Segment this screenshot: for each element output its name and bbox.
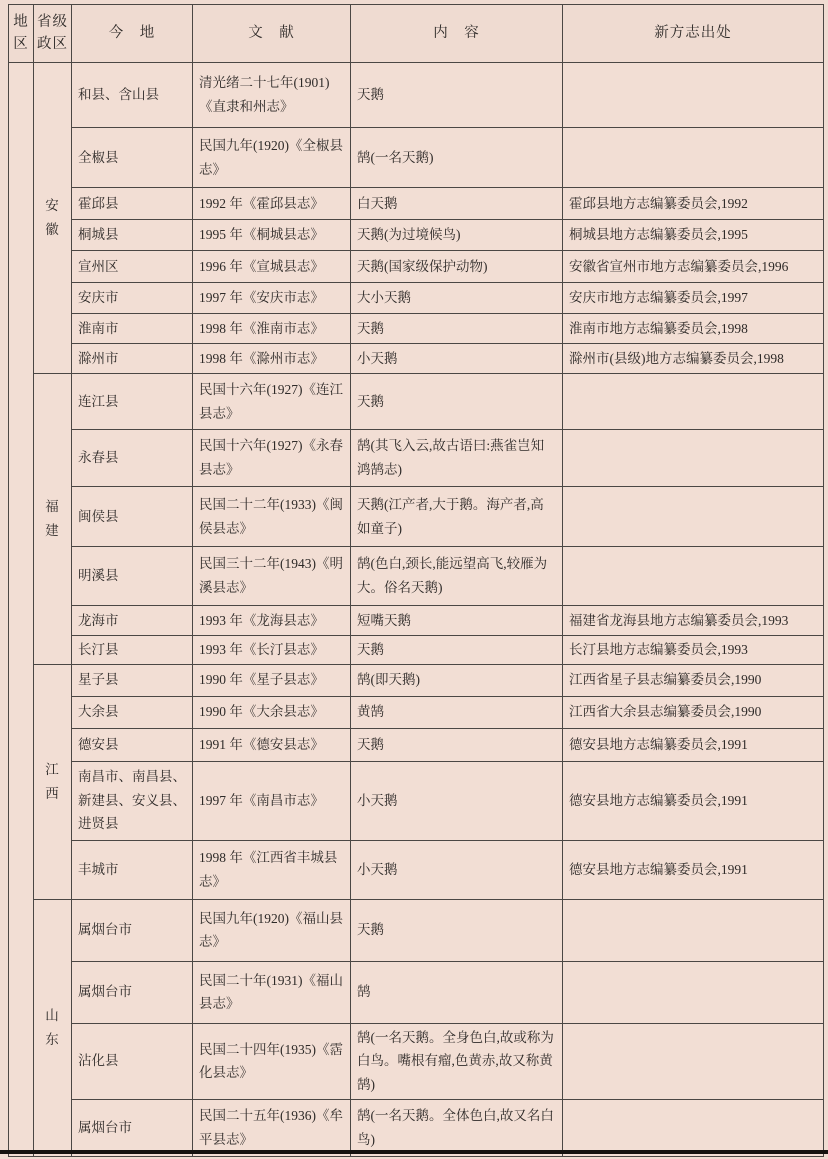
cell-gazetteer [563, 63, 824, 128]
table-row: 全椒县 民国九年(1920)《全椒县志》 鹄(一名天鹅) [9, 128, 824, 188]
cell-gazetteer [563, 961, 824, 1023]
cell-source: 民国二十年(1931)《福山县志》 [193, 961, 351, 1023]
table-row: 闽侯县 民国二十二年(1933)《闽侯县志》 天鹅(江产者,大于鹅。海产者,高如… [9, 487, 824, 547]
table-row: 大余县 1990 年《大余县志》 黄鹄 江西省大余县志编纂委员会,1990 [9, 696, 824, 728]
cell-content: 天鹅 [351, 63, 563, 128]
table-row: 属烟台市 民国二十年(1931)《福山县志》 鹄 [9, 961, 824, 1023]
cell-place: 沾化县 [72, 1023, 193, 1099]
cell-gazetteer: 江西省大余县志编纂委员会,1990 [563, 696, 824, 728]
cell-place: 闽侯县 [72, 487, 193, 547]
col-header-region: 地 区 [9, 5, 34, 63]
col-header-content: 内 容 [351, 5, 563, 63]
cell-content: 天鹅 [351, 728, 563, 761]
table-row: 霍邱县 1992 年《霍邱县志》 白天鹅 霍邱县地方志编纂委员会,1992 [9, 188, 824, 220]
cell-content: 小天鹅 [351, 344, 563, 374]
cell-content: 短嘴天鹅 [351, 606, 563, 636]
cell-source: 1990 年《大余县志》 [193, 696, 351, 728]
table-row: 滁州市 1998 年《滁州市志》 小天鹅 滁州市(县级)地方志编纂委员会,199… [9, 344, 824, 374]
cell-content: 天鹅 [351, 899, 563, 961]
cell-gazetteer: 江西省星子县志编纂委员会,1990 [563, 664, 824, 696]
header-row: 地 区 省级 政区 今 地 文 献 内 容 新方志出处 [9, 5, 824, 63]
gazetteer-table: 地 区 省级 政区 今 地 文 献 内 容 新方志出处 安徽 和县、含山县 清光… [8, 4, 824, 1157]
cell-gazetteer: 德安县地方志编纂委员会,1991 [563, 761, 824, 840]
cell-place: 南昌市、南昌县、新建县、安义县、进贤县 [72, 761, 193, 840]
cell-gazetteer: 桐城县地方志编纂委员会,1995 [563, 220, 824, 251]
cell-content: 鹄(色白,颈长,能远望高飞,较雁为大。俗名天鹅) [351, 547, 563, 606]
table-row: 桐城县 1995 年《桐城县志》 天鹅(为过境候鸟) 桐城县地方志编纂委员会,1… [9, 220, 824, 251]
cell-place: 丰城市 [72, 840, 193, 899]
cell-place: 宣州区 [72, 251, 193, 283]
table-row: 德安县 1991 年《德安县志》 天鹅 德安县地方志编纂委员会,1991 [9, 728, 824, 761]
cell-place: 星子县 [72, 664, 193, 696]
page-bottom-rule [0, 1150, 828, 1154]
cell-source: 1998 年《淮南市志》 [193, 314, 351, 344]
table-row: 沾化县 民国二十四年(1935)《霑化县志》 鹄(一名天鹅。全身色白,故或称为白… [9, 1023, 824, 1099]
cell-gazetteer: 安庆市地方志编纂委员会,1997 [563, 283, 824, 314]
scanned-page: 地 区 省级 政区 今 地 文 献 内 容 新方志出处 安徽 和县、含山县 清光… [0, 0, 828, 1159]
cell-content: 白天鹅 [351, 188, 563, 220]
cell-source: 民国九年(1920)《全椒县志》 [193, 128, 351, 188]
table-row: 安庆市 1997 年《安庆市志》 大小天鹅 安庆市地方志编纂委员会,1997 [9, 283, 824, 314]
cell-content: 鹄(一名天鹅。全体色白,故又名白鸟) [351, 1099, 563, 1156]
cell-content: 小天鹅 [351, 840, 563, 899]
province-label-fujian: 福建 [34, 374, 72, 665]
table-row: 福建 连江县 民国十六年(1927)《连江县志》 天鹅 [9, 374, 824, 430]
cell-source: 1993 年《长汀县志》 [193, 636, 351, 665]
cell-place: 属烟台市 [72, 1099, 193, 1156]
cell-source: 1996 年《宣城县志》 [193, 251, 351, 283]
table-row: 山东 属烟台市 民国九年(1920)《福山县志》 天鹅 [9, 899, 824, 961]
cell-gazetteer [563, 430, 824, 487]
cell-gazetteer [563, 899, 824, 961]
cell-content: 天鹅 [351, 374, 563, 430]
col-header-source: 文 献 [193, 5, 351, 63]
cell-gazetteer [563, 1099, 824, 1156]
cell-source: 民国十六年(1927)《连江县志》 [193, 374, 351, 430]
cell-content: 天鹅(为过境候鸟) [351, 220, 563, 251]
cell-gazetteer [563, 1023, 824, 1099]
table-row: 永春县 民国十六年(1927)《永春县志》 鹄(其飞入云,故古语曰:燕雀岂知鸿鹄… [9, 430, 824, 487]
cell-source: 1991 年《德安县志》 [193, 728, 351, 761]
cell-source: 1992 年《霍邱县志》 [193, 188, 351, 220]
cell-content: 鹄(一名天鹅。全身色白,故或称为白鸟。嘴根有瘤,色黄赤,故又称黄鹄) [351, 1023, 563, 1099]
cell-source: 民国三十二年(1943)《明溪县志》 [193, 547, 351, 606]
table-row: 淮南市 1998 年《淮南市志》 天鹅 淮南市地方志编纂委员会,1998 [9, 314, 824, 344]
province-label-jiangxi: 江西 [34, 664, 72, 899]
cell-gazetteer [563, 547, 824, 606]
cell-source: 民国二十四年(1935)《霑化县志》 [193, 1023, 351, 1099]
cell-source: 清光绪二十七年(1901)《直隶和州志》 [193, 63, 351, 128]
cell-place: 德安县 [72, 728, 193, 761]
cell-source: 1995 年《桐城县志》 [193, 220, 351, 251]
table-row: 明溪县 民国三十二年(1943)《明溪县志》 鹄(色白,颈长,能远望高飞,较雁为… [9, 547, 824, 606]
cell-place: 滁州市 [72, 344, 193, 374]
cell-source: 民国九年(1920)《福山县志》 [193, 899, 351, 961]
cell-content: 鹄(一名天鹅) [351, 128, 563, 188]
cell-content: 大小天鹅 [351, 283, 563, 314]
cell-place: 龙海市 [72, 606, 193, 636]
region-cell [9, 63, 34, 1157]
cell-gazetteer: 长汀县地方志编纂委员会,1993 [563, 636, 824, 665]
cell-place: 淮南市 [72, 314, 193, 344]
cell-gazetteer: 滁州市(县级)地方志编纂委员会,1998 [563, 344, 824, 374]
cell-source: 民国二十二年(1933)《闽侯县志》 [193, 487, 351, 547]
cell-place: 全椒县 [72, 128, 193, 188]
table-row: 江西 星子县 1990 年《星子县志》 鹄(即天鹅) 江西省星子县志编纂委员会,… [9, 664, 824, 696]
cell-gazetteer [563, 487, 824, 547]
cell-place: 安庆市 [72, 283, 193, 314]
cell-place: 属烟台市 [72, 899, 193, 961]
cell-place: 明溪县 [72, 547, 193, 606]
province-label-shandong: 山东 [34, 899, 72, 1156]
province-label-anhui: 安徽 [34, 63, 72, 374]
cell-content: 鹄(其飞入云,故古语曰:燕雀岂知鸿鹄志) [351, 430, 563, 487]
cell-gazetteer: 霍邱县地方志编纂委员会,1992 [563, 188, 824, 220]
cell-source: 1997 年《安庆市志》 [193, 283, 351, 314]
table-row: 丰城市 1998 年《江西省丰城县志》 小天鹅 德安县地方志编纂委员会,1991 [9, 840, 824, 899]
cell-place: 和县、含山县 [72, 63, 193, 128]
cell-source: 1997 年《南昌市志》 [193, 761, 351, 840]
cell-content: 鹄 [351, 961, 563, 1023]
cell-content: 小天鹅 [351, 761, 563, 840]
cell-gazetteer: 安徽省宣州市地方志编纂委员会,1996 [563, 251, 824, 283]
table-row: 宣州区 1996 年《宣城县志》 天鹅(国家级保护动物) 安徽省宣州市地方志编纂… [9, 251, 824, 283]
cell-source: 民国二十五年(1936)《牟平县志》 [193, 1099, 351, 1156]
cell-place: 属烟台市 [72, 961, 193, 1023]
cell-content: 鹄(即天鹅) [351, 664, 563, 696]
col-header-place: 今 地 [72, 5, 193, 63]
cell-source: 1998 年《滁州市志》 [193, 344, 351, 374]
cell-gazetteer: 福建省龙海县地方志编纂委员会,1993 [563, 606, 824, 636]
col-header-gazetteer: 新方志出处 [563, 5, 824, 63]
cell-place: 桐城县 [72, 220, 193, 251]
cell-place: 连江县 [72, 374, 193, 430]
cell-content: 天鹅(国家级保护动物) [351, 251, 563, 283]
cell-gazetteer: 德安县地方志编纂委员会,1991 [563, 728, 824, 761]
cell-place: 永春县 [72, 430, 193, 487]
cell-gazetteer: 德安县地方志编纂委员会,1991 [563, 840, 824, 899]
table-row: 长汀县 1993 年《长汀县志》 天鹅 长汀县地方志编纂委员会,1993 [9, 636, 824, 665]
cell-gazetteer: 淮南市地方志编纂委员会,1998 [563, 314, 824, 344]
table-row: 龙海市 1993 年《龙海县志》 短嘴天鹅 福建省龙海县地方志编纂委员会,199… [9, 606, 824, 636]
cell-gazetteer [563, 128, 824, 188]
cell-content: 黄鹄 [351, 696, 563, 728]
cell-source: 1990 年《星子县志》 [193, 664, 351, 696]
cell-place: 长汀县 [72, 636, 193, 665]
cell-gazetteer [563, 374, 824, 430]
table-row: 属烟台市 民国二十五年(1936)《牟平县志》 鹄(一名天鹅。全体色白,故又名白… [9, 1099, 824, 1156]
table-row: 安徽 和县、含山县 清光绪二十七年(1901)《直隶和州志》 天鹅 [9, 63, 824, 128]
cell-source: 1998 年《江西省丰城县志》 [193, 840, 351, 899]
cell-source: 1993 年《龙海县志》 [193, 606, 351, 636]
table-row: 南昌市、南昌县、新建县、安义县、进贤县 1997 年《南昌市志》 小天鹅 德安县… [9, 761, 824, 840]
cell-source: 民国十六年(1927)《永春县志》 [193, 430, 351, 487]
cell-content: 天鹅(江产者,大于鹅。海产者,高如童子) [351, 487, 563, 547]
cell-place: 大余县 [72, 696, 193, 728]
cell-content: 天鹅 [351, 314, 563, 344]
cell-place: 霍邱县 [72, 188, 193, 220]
col-header-province: 省级 政区 [34, 5, 72, 63]
cell-content: 天鹅 [351, 636, 563, 665]
